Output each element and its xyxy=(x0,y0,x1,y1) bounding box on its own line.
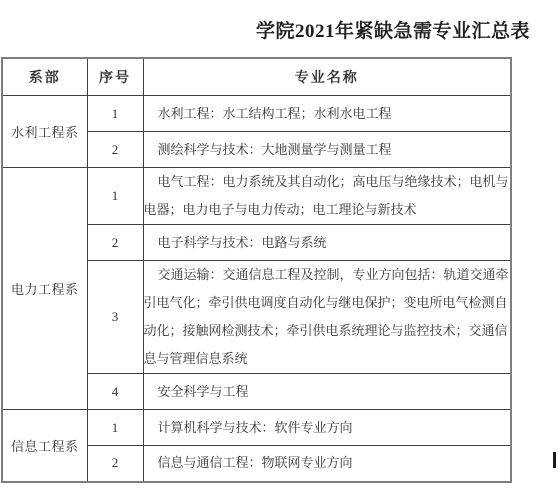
major-name-cell[interactable]: 信息与通信工程：物联网专业方向 xyxy=(143,446,511,482)
department-cell[interactable]: 电力工程系 xyxy=(2,168,87,410)
department-cell[interactable]: 水利工程系 xyxy=(2,96,87,168)
serial-number-cell[interactable]: 3 xyxy=(87,261,143,374)
column-header-number[interactable]: 序号 xyxy=(87,58,143,96)
major-name-cell[interactable]: 电子科学与技术：电路与系统 xyxy=(143,225,511,261)
serial-number-cell[interactable]: 2 xyxy=(87,446,143,482)
table-row: 电力工程系1电气工程：电力系统及其自动化；高电压与绝缘技术；电机与电器；电力电子… xyxy=(2,168,511,225)
major-name-cell[interactable]: 计算机科学与技术：软件专业方向 xyxy=(143,410,511,446)
column-header-major-name[interactable]: 专业名称 xyxy=(143,58,511,96)
text-cursor xyxy=(553,452,556,468)
major-name-cell[interactable]: 水利工程：水工结构工程；水利水电工程 xyxy=(143,96,511,132)
serial-number-cell[interactable]: 1 xyxy=(87,410,143,446)
serial-number-cell[interactable]: 1 xyxy=(87,96,143,132)
major-name-cell[interactable]: 交通运输：交通信息工程及控制，专业方向包括：轨道交通牵引电气化；牵引供电调度自动… xyxy=(143,261,511,374)
department-cell[interactable]: 信息工程系 xyxy=(2,410,87,482)
table-row: 信息工程系1计算机科学与技术：软件专业方向 xyxy=(2,410,511,446)
major-name-cell[interactable]: 安全科学与工程 xyxy=(143,374,511,410)
column-header-department[interactable]: 系部 xyxy=(2,58,87,96)
major-name-cell[interactable]: 电气工程：电力系统及其自动化；高电压与绝缘技术；电机与电器；电力电子与电力传动；… xyxy=(143,168,511,225)
serial-number-cell[interactable]: 1 xyxy=(87,168,143,225)
majors-table: 系部 序号 专业名称 水利工程系1水利工程：水工结构工程；水利水电工程2测绘科学… xyxy=(1,57,512,483)
serial-number-cell[interactable]: 4 xyxy=(87,374,143,410)
table-header-row: 系部 序号 专业名称 xyxy=(2,58,511,96)
serial-number-cell[interactable]: 2 xyxy=(87,225,143,261)
serial-number-cell[interactable]: 2 xyxy=(87,132,143,168)
major-name-cell[interactable]: 测绘科学与技术：大地测量学与测量工程 xyxy=(143,132,511,168)
page-title[interactable]: 学院2021年紧缺急需专业汇总表 xyxy=(256,16,530,43)
table-row: 水利工程系1水利工程：水工结构工程；水利水电工程 xyxy=(2,96,511,132)
